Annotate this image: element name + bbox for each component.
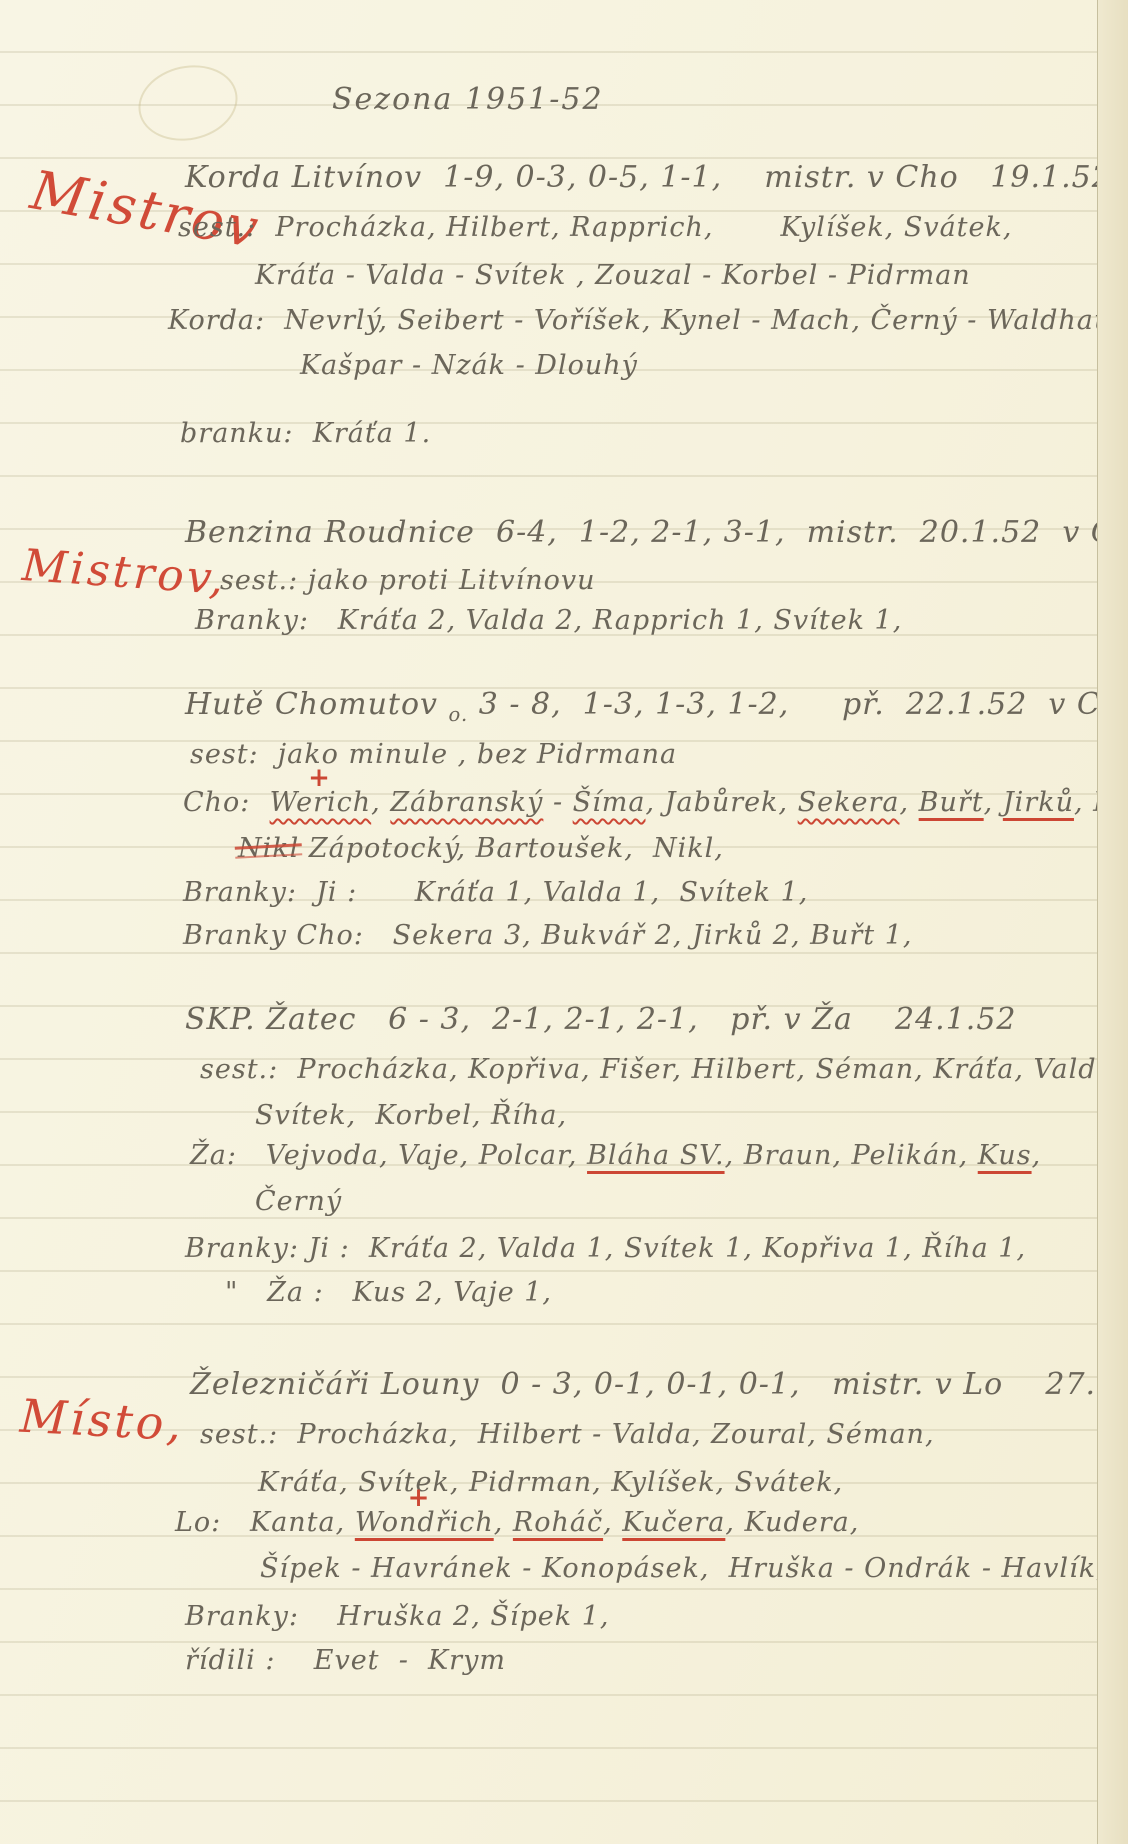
text-segment: Branky Cho: Sekera 3, Bukvář 2, Jirků 2,… bbox=[183, 920, 912, 951]
notebook-page: Sezona 1951-52 MistrovKorda Litvínov 1-9… bbox=[0, 0, 1128, 1844]
match-heading: Hutě Chomutov o. 3 - 8, 1-3, 1-3, 1-2, p… bbox=[185, 687, 1128, 726]
lineup-line: Ža: Vejvoda, Vaje, Polcar, Bláha SV., Br… bbox=[190, 1140, 1041, 1171]
text-segment: , bbox=[984, 787, 1003, 818]
goals-line: Branky: Ji : Kráťa 1, Valda 1, Svítek 1, bbox=[183, 877, 808, 908]
red-underlined-name: Buřt bbox=[919, 787, 984, 818]
lineup-line: Kašpar - Nzák - Dlouhý bbox=[300, 350, 638, 381]
goals-line: Branky Cho: Sekera 3, Bukvář 2, Jirků 2,… bbox=[183, 920, 912, 951]
lineup-line: Svítek, Korbel, Říha, bbox=[255, 1100, 567, 1131]
text-segment: , bbox=[494, 1507, 513, 1538]
red-underlined-name: Kus bbox=[978, 1140, 1032, 1171]
lineup-line: sest.: jako proti Litvínovu bbox=[220, 565, 596, 596]
text-segment: Kráťa - Valda - Svítek , Zouzal - Korbel… bbox=[255, 260, 971, 291]
page-edge bbox=[1097, 0, 1128, 1844]
text-segment: " Ža : Kus 2, Vaje 1, bbox=[225, 1277, 552, 1308]
red-underlined-name: Jirků bbox=[1003, 787, 1074, 818]
text-segment: , bbox=[1032, 1140, 1042, 1171]
text-segment: sest.: jako proti Litvínovu bbox=[220, 565, 596, 596]
goals-line: Branky: Hruška 2, Šípek 1, bbox=[185, 1601, 609, 1632]
lineup-line: Kráťa, Svítek, Pidrman, Kylíšek, Svátek, bbox=[258, 1467, 843, 1498]
text-segment: Ža: Vejvoda, Vaje, Polcar, bbox=[190, 1140, 587, 1171]
text-segment: Branky: Kráťa 2, Valda 2, Rapprich 1, Sv… bbox=[195, 605, 902, 636]
lineup-line: Korda: Nevrlý, Seibert - Voříšek, Kynel … bbox=[168, 305, 1128, 336]
text-segment: Korda Litvínov 1-9, 0-3, 0-5, 1-1, mistr… bbox=[185, 160, 1112, 195]
paper-stain bbox=[131, 56, 244, 149]
text-segment: Branky: Ji : Kráťa 2, Valda 1, Svítek 1,… bbox=[185, 1233, 1026, 1264]
text-segment: , bbox=[900, 787, 919, 818]
text-segment: , Kudera, bbox=[725, 1507, 859, 1538]
red-underlined-name: Sekera bbox=[798, 787, 900, 818]
lineup-line: sest.: Procházka, Hilbert - Valda, Zoura… bbox=[200, 1419, 935, 1450]
text-segment: 3 - 8, 1-3, 1-3, 1-2, př. 22.1.52 v Cho bbox=[468, 687, 1128, 722]
lineup-line: Lo: Kanta, Wondřich, Roháč, Kučera, Kude… bbox=[175, 1507, 859, 1538]
match-heading: Benzina Roudnice 6-4, 1-2, 2-1, 3-1, mis… bbox=[185, 515, 1128, 550]
text-segment: Kráťa, Svítek, Pidrman, Kylíšek, Svátek, bbox=[258, 1467, 843, 1498]
text-segment: Cho: bbox=[183, 787, 270, 818]
text-segment: Lo: Kanta, bbox=[175, 1507, 355, 1538]
match-heading: SKP. Žatec 6 - 3, 2-1, 2-1, 2-1, př. v Ž… bbox=[185, 1002, 1017, 1037]
goals-line: " Ža : Kus 2, Vaje 1, bbox=[225, 1277, 552, 1308]
text-segment: Zápotocký, Bartoušek, Nikl, bbox=[299, 833, 724, 864]
lineup-line: Kráťa - Valda - Svítek , Zouzal - Korbel… bbox=[255, 260, 971, 291]
text-segment: sest.: Procházka, Hilbert, Rapprich, Kyl… bbox=[178, 212, 1012, 243]
text-segment: Korda: Nevrlý, Seibert - Voříšek, Kynel … bbox=[168, 305, 1128, 336]
text-segment: SKP. Žatec 6 - 3, 2-1, 2-1, 2-1, př. v Ž… bbox=[185, 1002, 1017, 1037]
lineup-line: sest.: Procházka, Kopřiva, Fišer, Hilber… bbox=[200, 1054, 1128, 1085]
red-underlined-name: Šíma bbox=[573, 787, 646, 818]
red-underlined-name: Roháč bbox=[513, 1507, 603, 1538]
lineup-line: Cho: Werich, Zábranský - Šíma, Jabůrek, … bbox=[183, 787, 1128, 818]
text-segment: Hutě Chomutov bbox=[185, 687, 449, 722]
text-segment: o. bbox=[449, 703, 469, 726]
goals-line: Branky: Ji : Kráťa 2, Valda 1, Svítek 1,… bbox=[185, 1233, 1026, 1264]
text-segment: Branky: Hruška 2, Šípek 1, bbox=[185, 1601, 609, 1632]
text-segment: branku: Kráťa 1. bbox=[180, 418, 431, 449]
match-heading: Železničáři Louny 0 - 3, 0-1, 0-1, 0-1, … bbox=[190, 1367, 1128, 1402]
goals-line: branku: Kráťa 1. bbox=[180, 418, 431, 449]
text-segment: , Jabůrek, bbox=[646, 787, 798, 818]
text-segment: , Braun, Pelikán, bbox=[725, 1140, 978, 1171]
text-segment: - bbox=[543, 787, 572, 818]
red-underlined-name: Werich bbox=[270, 787, 372, 818]
page-title: Sezona 1951-52 bbox=[332, 82, 604, 117]
goals-line: Branky: Kráťa 2, Valda 2, Rapprich 1, Sv… bbox=[195, 605, 902, 636]
margin-note-red: Místo, bbox=[19, 1389, 186, 1452]
text-segment: Černý bbox=[255, 1186, 342, 1217]
text-segment: Svítek, Korbel, Říha, bbox=[255, 1100, 567, 1131]
text-segment: Benzina Roudnice 6-4, 1-2, 2-1, 3-1, mis… bbox=[185, 515, 1128, 550]
red-underlined-name: Bláha SV. bbox=[587, 1140, 725, 1171]
lineup-line: sest.: Procházka, Hilbert, Rapprich, Kyl… bbox=[178, 212, 1012, 243]
lineup-line: Šípek - Havránek - Konopásek, Hruška - O… bbox=[260, 1553, 1106, 1584]
match-heading: Korda Litvínov 1-9, 0-3, 0-5, 1-1, mistr… bbox=[185, 160, 1112, 195]
red-underlined-name: Kučera bbox=[622, 1507, 725, 1538]
text-segment: sest.: Procházka, Kopřiva, Fišer, Hilber… bbox=[200, 1054, 1128, 1085]
red-underlined-name: Wondřich bbox=[355, 1507, 494, 1538]
text-segment: , bbox=[603, 1507, 622, 1538]
referees-line: řídili : Evet - Krym bbox=[185, 1645, 506, 1676]
text-segment: Šípek - Havránek - Konopásek, Hruška - O… bbox=[260, 1553, 1106, 1584]
text-segment: sest: jako minule , bez Pidrmana bbox=[190, 739, 677, 770]
lineup-line: Nikl Zápotocký, Bartoušek, Nikl, bbox=[238, 833, 724, 864]
crossed-out-name: Nikl bbox=[238, 833, 299, 864]
text-segment: , bbox=[371, 787, 390, 818]
text-segment: Železničáři Louny 0 - 3, 0-1, 0-1, 0-1, … bbox=[190, 1367, 1128, 1402]
text-segment: Kašpar - Nzák - Dlouhý bbox=[300, 350, 638, 381]
lineup-line: Černý bbox=[255, 1186, 342, 1217]
text-segment: Branky: Ji : Kráťa 1, Valda 1, Svítek 1, bbox=[183, 877, 808, 908]
text-segment: sest.: Procházka, Hilbert - Valda, Zoura… bbox=[200, 1419, 935, 1450]
text-segment: řídili : Evet - Krym bbox=[185, 1645, 506, 1676]
lineup-line: sest: jako minule , bez Pidrmana bbox=[190, 739, 677, 770]
red-underlined-name: Zábranský bbox=[390, 787, 543, 818]
